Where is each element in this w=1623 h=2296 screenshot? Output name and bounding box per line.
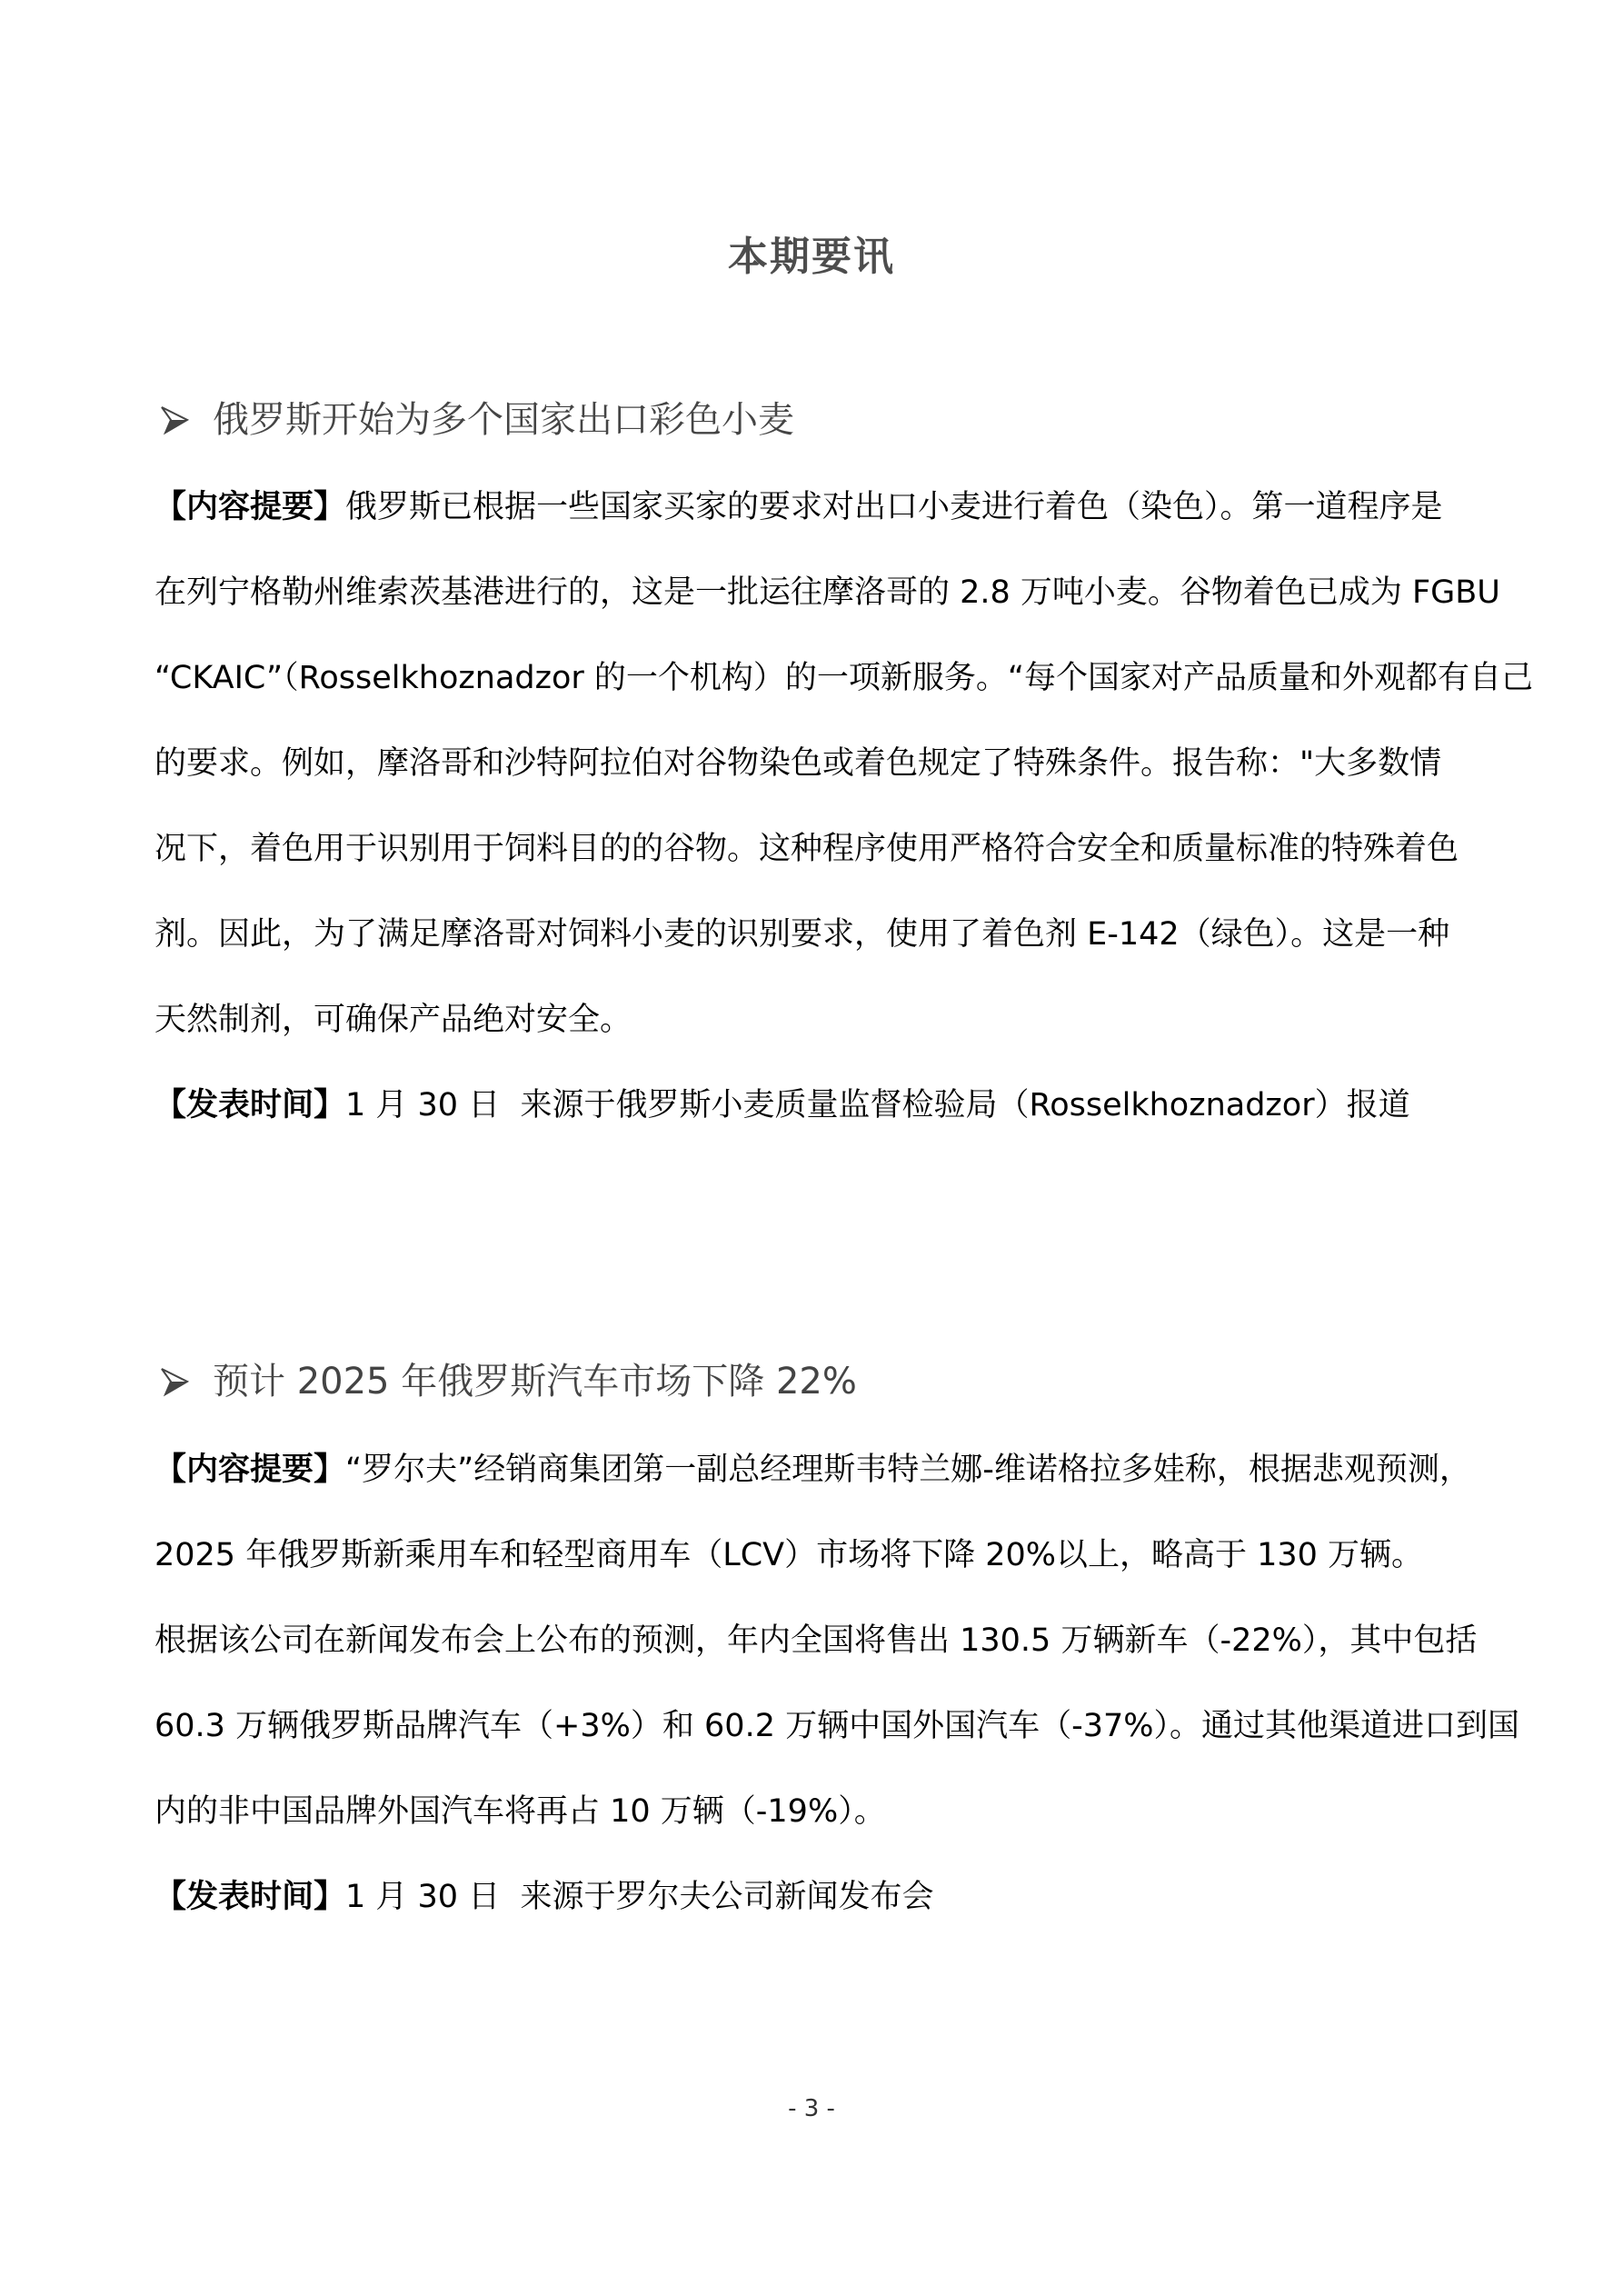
summary-line: 况下，着色用于识别用于饲料目的的谷物。这种程序使用严格符合安全和质量标准的特殊着… (154, 806, 1490, 892)
heading-text: 预计 2025 年俄罗斯汽车市场下降 22% (213, 1361, 857, 1403)
summary-line: 剂。因此，为了满足摩洛哥对饲料小麦的识别要求，使用了着色剂 E-142（绿色）。… (154, 892, 1490, 977)
article-heading: 俄罗斯开始为多个国家出口彩色小麦 (156, 397, 794, 443)
arrowhead-bullet-icon (156, 400, 193, 436)
heading-text: 俄罗斯开始为多个国家出口彩色小麦 (213, 399, 794, 441)
summary-line: 【内容提要】俄罗斯已根据一些国家买家的要求对出口小麦进行着色（染色）。第一道程序… (154, 464, 1490, 550)
summary-line: “CKAIC”（Rosselkhoznadzor 的一个机构）的一项新服务。“每… (154, 635, 1490, 721)
summary-label: 【内容提要】 (154, 464, 345, 550)
summary-line: 【内容提要】“罗尔夫”经销商集团第一副总经理斯韦特兰娜-维诺格拉多娃称，根据悲观… (154, 1427, 1490, 1512)
summary-line: 在列宁格勒州维索茨基港进行的，这是一批运往摩洛哥的 2.8 万吨小麦。谷物着色已… (154, 550, 1490, 635)
page-title: 本期要讯 (0, 224, 1623, 282)
summary-line: 60.3 万辆俄罗斯品牌汽车（+3%）和 60.2 万辆中国外国汽车（-37%）… (154, 1683, 1490, 1769)
publication-line: 【发表时间】1 月 30 日 来源于俄罗斯小麦质量监督检验局（Rosselkho… (154, 1063, 1490, 1148)
article-summary: 【内容提要】“罗尔夫”经销商集团第一副总经理斯韦特兰娜-维诺格拉多娃称，根据悲观… (154, 1427, 1490, 1940)
summary-line: 内的非中国品牌外国汽车将再占 10 万辆（-19%）。 (154, 1769, 1490, 1854)
arrowhead-bullet-icon (156, 1362, 193, 1398)
summary-label: 【内容提要】 (154, 1427, 345, 1512)
page-number: - 3 - (0, 2095, 1623, 2122)
publication-line: 【发表时间】1 月 30 日 来源于罗尔夫公司新闻发布会 (154, 1854, 1490, 1940)
summary-line: 天然制剂，可确保产品绝对安全。 (154, 977, 1490, 1063)
article-summary: 【内容提要】俄罗斯已根据一些国家买家的要求对出口小麦进行着色（染色）。第一道程序… (154, 464, 1490, 1148)
pub-text: 1 月 30 日 来源于罗尔夫公司新闻发布会 (345, 1854, 933, 1940)
summary-line: 的要求。例如，摩洛哥和沙特阿拉伯对谷物染色或着色规定了特殊条件。报告称："大多数… (154, 721, 1490, 806)
summary-line: 2025 年俄罗斯新乘用车和轻型商用车（LCV）市场将下降 20%以上，略高于 … (154, 1512, 1490, 1598)
pub-text: 1 月 30 日 来源于俄罗斯小麦质量监督检验局（Rosselkhoznadzo… (345, 1063, 1410, 1148)
article-heading: 预计 2025 年俄罗斯汽车市场下降 22% (156, 1359, 857, 1404)
pub-label: 【发表时间】 (154, 1063, 345, 1148)
summary-line: 根据该公司在新闻发布会上公布的预测，年内全国将售出 130.5 万辆新车（-22… (154, 1598, 1490, 1683)
pub-label: 【发表时间】 (154, 1854, 345, 1940)
